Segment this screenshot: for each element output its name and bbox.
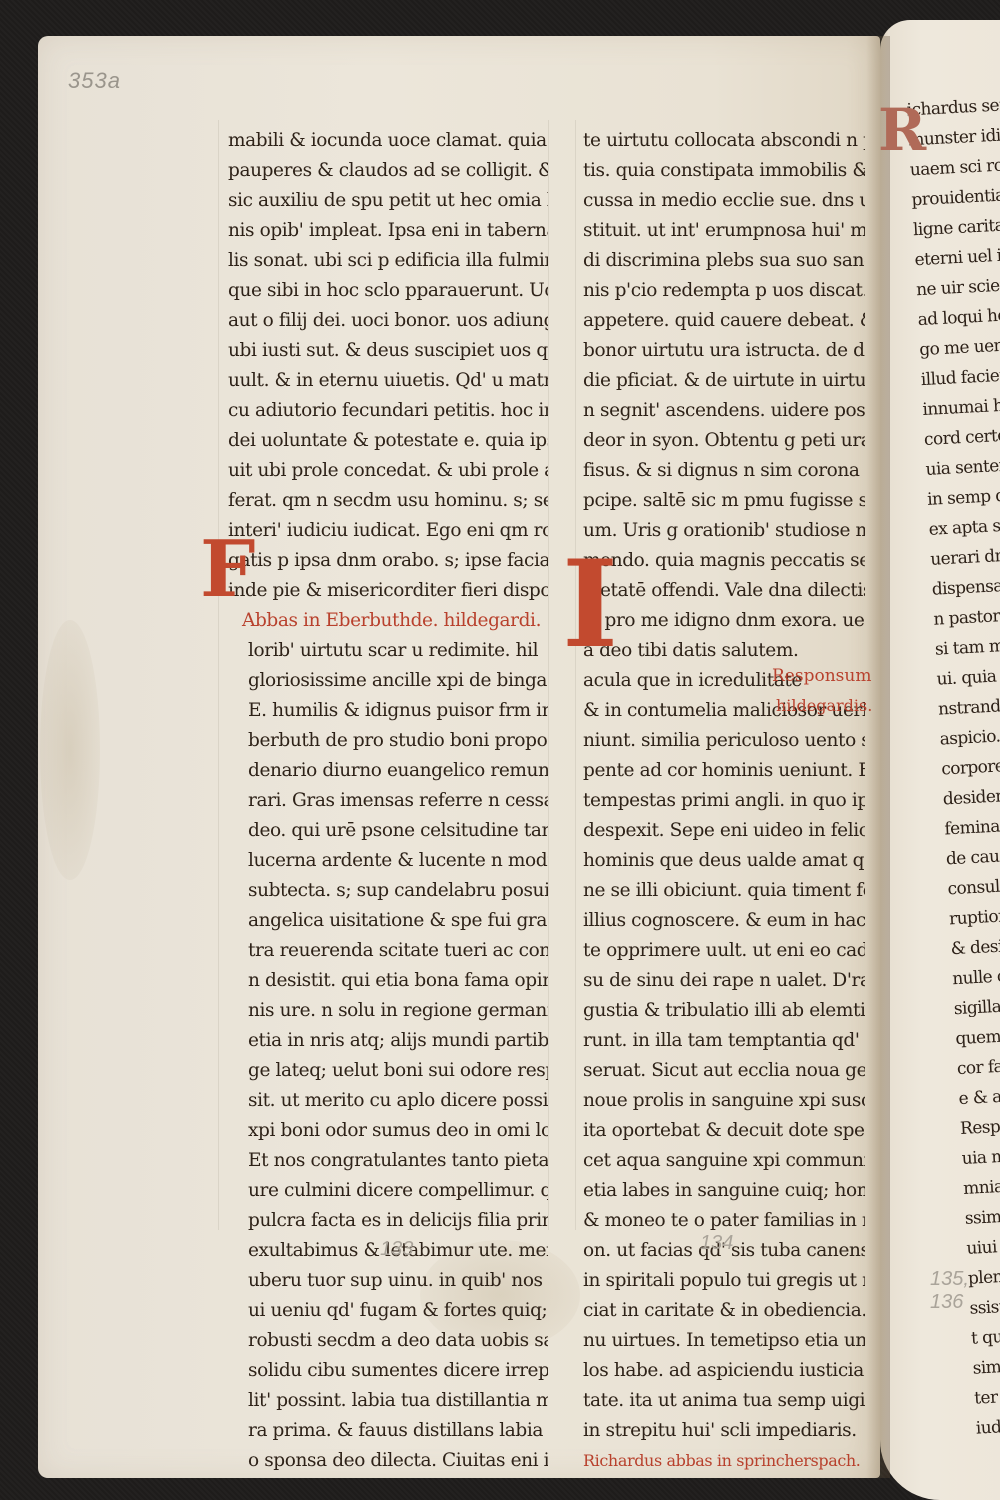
middle-column-response-text: acula que in icredulitate& in contumelia… — [583, 666, 865, 1446]
manuscript-line: cor facere. & meren — [956, 1049, 1000, 1084]
manuscript-line: ligne caritatis recipe cont — [912, 210, 1000, 245]
manuscript-line: prouidentia. post hui' mun — [911, 180, 1000, 215]
manuscript-line: ex apta sunt omnia — [928, 510, 1000, 545]
manuscript-line: uberu tuor sup uinu. in quib' nos istr — [248, 1266, 548, 1296]
manuscript-line: ferat. qm n secdm usu hominu. s; secdm — [228, 486, 548, 516]
manuscript-line: mabili & iocunda uoce clamat. quia — [228, 126, 548, 156]
manuscript-line: die pficiat. & de uirtute in uirtutem — [583, 366, 865, 396]
manuscript-line: uia sententia & collo — [925, 450, 1000, 485]
manuscript-line: pcipe. saltē sic m pmu fugisse supplici — [583, 486, 865, 516]
manuscript-line: cord certe & ex quanto — [923, 420, 1000, 455]
page-number-right: 135, 136 — [930, 1268, 1000, 1314]
manuscript-line: nu uirtues. In temetipso etia undiq; oen — [583, 1326, 865, 1356]
manuscript-line: tempestas primi angli. in quo ipse dnm — [583, 786, 865, 816]
manuscript-line: appetere. quid cauere debeat. & exemplis — [583, 306, 865, 336]
ruling-line — [575, 120, 576, 1230]
manuscript-line: stituit. ut int' erumpnosa hui' mun — [583, 216, 865, 246]
manuscript-line: te opprimere uult. ut eni eo cadat. S; i… — [583, 936, 865, 966]
manuscript-line: rari. Gras imensas referre n cessabo — [248, 786, 548, 816]
manuscript-line: gatis p ipsa dnm orabo. s; ipse faciat q… — [228, 546, 548, 576]
left-column-text-top: mabili & iocunda uoce clamat. quiapauper… — [228, 126, 548, 606]
left-column: mabili & iocunda uoce clamat. quiapauper… — [228, 126, 548, 1476]
manuscript-line: aut o filij dei. uoci bonor. uos adiungi… — [228, 306, 548, 336]
manuscript-line: uult. & in eternu uiuetis. Qd' u matrona — [228, 366, 548, 396]
manuscript-line: e & aplio uiro — [958, 1079, 1000, 1114]
manuscript-line: hominis que deus ualde amat qd' hec pe — [583, 846, 865, 876]
manuscript-line: ui. quia ad hec disp — [936, 660, 1000, 695]
manuscript-line: etia in nris atq; alijs mundi partib' lo… — [248, 1026, 548, 1056]
manuscript-line: berbuth de pro studio boni propositi. — [248, 726, 548, 756]
manuscript-line: E. humilis & idignus puisor frm in e — [248, 696, 548, 726]
manuscript-line: que sibi in hoc sclo pparauerunt. Uos — [228, 276, 548, 306]
manuscript-line: etia labes in sanguine cuiq; hominis e. … — [583, 1176, 865, 1206]
manuscript-line: ter illi humilit' obedia — [973, 1379, 1000, 1414]
manuscript-line: nstranda. me sanis — [937, 690, 1000, 725]
manuscript-line: deor in syon. Obtentu g peti ura con — [583, 426, 865, 456]
manuscript-line: bonor uirtutu ura istructa. de die in — [583, 336, 865, 366]
manuscript-line: ad loqui hec causa e. qu — [917, 300, 1000, 335]
manuscript-line: lit' possint. labia tua distillantia mir — [248, 1386, 548, 1416]
manuscript-line: sit. ut merito cu aplo dicere possitis. — [248, 1086, 548, 1116]
manuscript-line: nulle cognoscere — [952, 959, 1000, 994]
manuscript-line: feminas benedict — [944, 810, 1000, 845]
initial-letter-i: I — [562, 540, 618, 670]
ruling-line — [218, 120, 219, 1230]
manuscript-line: ra prima. & fauus distillans labia tua — [248, 1416, 548, 1446]
manuscript-line: a deo tibi datis salutem. — [583, 636, 865, 666]
manuscript-line: tis. quia constipata immobilis & icon — [583, 156, 865, 186]
middle-column-text-top: te uirtutu collocata abscondi n potestis… — [583, 126, 865, 666]
manuscript-line: in strepitu hui' scli impediaris. — [583, 1416, 865, 1446]
manuscript-line: ne uir sciencium ite — [915, 270, 1000, 305]
manuscript-line: corpore mortis hui' lab — [941, 750, 1000, 785]
manuscript-line: illud faciet fauor & amor — [920, 360, 1000, 395]
ruling-line — [548, 120, 549, 1230]
manuscript-line: despexit. Sepe eni uideo in felicitate — [583, 816, 865, 846]
manuscript-line: xpi boni odor sumus deo in omi loco. — [248, 1116, 548, 1146]
rubric-responsum: Responsum — [772, 666, 871, 686]
left-column-letter-text: lorib' uirtutu scar u redimite. hilglori… — [228, 636, 548, 1476]
manuscript-line: ure culmini dicere compellimur. quam — [248, 1176, 548, 1206]
page-number-left: 133 — [380, 1238, 413, 1261]
manuscript-line: sigillatis more — [953, 989, 1000, 1024]
rubric-heading: Abbas in Eberbuthde. hildegardi. — [228, 606, 548, 636]
manuscript-line: consultere. & an t — [947, 869, 1000, 904]
manuscript-line: dispensanda uel ad — [931, 570, 1000, 605]
manuscript-line: cussa in medio ecclie sue. dns uos con — [583, 186, 865, 216]
manuscript-line: tra reuerenda scitate tueri ac consolari — [248, 936, 548, 966]
manuscript-line: ge lateq; uelut boni sui odore resper — [248, 1056, 548, 1086]
manuscript-line: n segnit' ascendens. uidere possit deum — [583, 396, 865, 426]
manuscript-line: tate. ita ut anima tua semp uigilet ne — [583, 1386, 865, 1416]
manuscript-line: nis p'cio redempta p uos discat. quid — [583, 276, 865, 306]
manuscript-line: di discrimina plebs sua suo sanguı — [583, 246, 865, 276]
gutter-shadow — [866, 36, 890, 1478]
manuscript-line: mnia sibi subiecta. ei — [963, 1169, 1000, 1204]
manuscript-line: go me uenire quid — [919, 330, 1000, 365]
manuscript-line: noue prolis in sanguine xpi suscepit. — [583, 1086, 865, 1116]
manuscript-line: um. Uris g orationib' studiose me com — [583, 516, 865, 546]
manuscript-line: sic auxiliu de spu petit ut hec omia bo — [228, 186, 548, 216]
manuscript-line: subtecta. s; sup candelabru posuit. q — [248, 876, 548, 906]
manuscript-line: gustia & tribulatio illi ab elemtis occu… — [583, 996, 865, 1026]
manuscript-line: iudi causa ullis defect — [975, 1409, 1000, 1444]
manuscript-line: gloriosissime ancille xpi de binga — [248, 666, 548, 696]
manuscript-line: & desistendu si te — [950, 929, 1000, 964]
manuscript-line: uerari dnm testific — [930, 540, 1000, 575]
manuscript-line: pietatē offendi. Vale dna dilectissima. — [583, 576, 865, 606]
manuscript-line: los habe. ad aspiciendu iusticia & ueri — [583, 1356, 865, 1386]
manuscript-line: Responsum hilde — [959, 1109, 1000, 1144]
manuscript-line: t quia sibi placet. im — [970, 1319, 1000, 1354]
manuscript-line: ita oportebat & decuit dote spe sui sedi — [583, 1116, 865, 1146]
manuscript-line: niunt. similia periculoso uento sut qm r… — [583, 726, 865, 756]
manuscript-line: seruat. Sicut aut ecclia noua gemma — [583, 1056, 865, 1086]
manuscript-line: in semp desideraueri. ip — [926, 480, 1000, 515]
manuscript-line: & pro me idigno dnm exora. uerbis q — [583, 606, 865, 636]
manuscript-line: uit ubi prole concedat. & ubi prole au — [228, 456, 548, 486]
manuscript-line: sim sui n comoneat — [972, 1349, 1000, 1384]
initial-letter-r: R — [878, 100, 926, 160]
manuscript-line: n desistit. qui etia bona fama opinio — [248, 966, 548, 996]
manuscript-line: nis opib' impleat. Ipsa eni in tabernacu — [228, 216, 548, 246]
manuscript-line: angelica uisitatione & spe fui gra ues — [248, 906, 548, 936]
manuscript-line: illius cognoscere. & eum in hac tempesta — [583, 906, 865, 936]
manuscript-line: pulcra facta es in delicijs filia princi… — [248, 1206, 548, 1236]
manuscript-line: o sponsa deo dilecta. Ciuitas eni in mon — [248, 1446, 548, 1476]
manuscript-line: Et nos congratulantes tanto pietatis — [248, 1146, 548, 1176]
manuscript-line: solidu cibu sumentes dicere irreprehensi… — [248, 1356, 548, 1386]
manuscript-line: lucerna ardente & lucente n modio — [248, 846, 548, 876]
manuscript-line: innumai hec cogitando — [922, 390, 1000, 425]
manuscript-line: nis ure. n solu in regione germanie sed — [248, 996, 548, 1026]
manuscript-line: ruptione & dispensa — [948, 899, 1000, 934]
manuscript-line: si tam mirif qua corp — [934, 630, 1000, 665]
manuscript-line: ubi iusti sut. & deus suscipiet uos qm u… — [228, 336, 548, 366]
manuscript-line: pauperes & claudos ad se colligit. & qui… — [228, 156, 548, 186]
manuscript-line: deo. qui urē psone celsitudine tanq — [248, 816, 548, 846]
manuscript-line: ne se illi obiciunt. quia timent felicit… — [583, 876, 865, 906]
manuscript-line: te uirtutu collocata abscondi n potes — [583, 126, 865, 156]
manuscript-line: eterni uel ipsi sane plent — [914, 240, 1000, 275]
manuscript-line: lis sonat. ubi sci p edificia illa fulmi… — [228, 246, 548, 276]
manuscript-line: inde pie & misericorditer fieri disposui… — [228, 576, 548, 606]
manuscript-line: uiui uoris secu portet. — [966, 1229, 1000, 1264]
page-number-middle: 134 — [700, 1232, 733, 1255]
manuscript-line: cet aqua sanguine xpi communicari. quia — [583, 1146, 865, 1176]
manuscript-line: aspicio. dolere tam — [939, 720, 1000, 755]
manuscript-line: robusti secdm a deo data uobis sapientia — [248, 1326, 548, 1356]
manuscript-line: quem me queso caus — [955, 1019, 1000, 1054]
folio-number: 353a — [68, 68, 121, 94]
manuscript-line: dei uoluntate & potestate e. quia ipse n… — [228, 426, 548, 456]
rubric-closing: Richardus abbas in sprincherspach. hild. — [583, 1446, 865, 1476]
manuscript-line: lorib' uirtutu scar u redimite. hil — [248, 636, 548, 666]
manuscript-line: ssimilia elegit dans illi — [964, 1199, 1000, 1234]
manuscript-line: in spiritali populo tui gregis ut n desi — [583, 1266, 865, 1296]
manuscript-line: desidero. Nunc — [942, 780, 1000, 815]
manuscript-line: uia mistica dei. Dns — [961, 1139, 1000, 1174]
manuscript-line: ui ueniu qd' fugam & fortes quiq; ac — [248, 1296, 548, 1326]
manuscript-line: interi' iudiciu iudicat. Ego eni qm ro — [228, 516, 548, 546]
middle-column: te uirtutu collocata abscondi n potestis… — [583, 126, 865, 1476]
manuscript-line: denario diurno euangelico remune — [248, 756, 548, 786]
manuscript-line: fisus. & si dignus n sim corona labori — [583, 456, 865, 486]
manuscript-line: ciat in caritate & in obediencia. & in t… — [583, 1296, 865, 1326]
stain — [40, 620, 100, 880]
manuscript-line: de causa mea ex — [945, 840, 1000, 875]
initial-letter-f: F — [200, 530, 255, 610]
manuscript-line: cu adiutorio fecundari petitis. hoc in — [228, 396, 548, 426]
manuscript-line: mendo. quia magnis peccatis sepi' dei — [583, 546, 865, 576]
manuscript-line: su de sinu dei rape n ualet. D'ra am an — [583, 966, 865, 996]
manuscript-line: pente ad cor hominis ueniunt. Et hec est — [583, 756, 865, 786]
manuscript-line: n pastorali constituti — [933, 600, 1000, 635]
manuscript-line: runt. in illa tam temptantia qd' dns eu … — [583, 1026, 865, 1056]
rubric-hildegardis: hildegardis. — [776, 696, 872, 715]
